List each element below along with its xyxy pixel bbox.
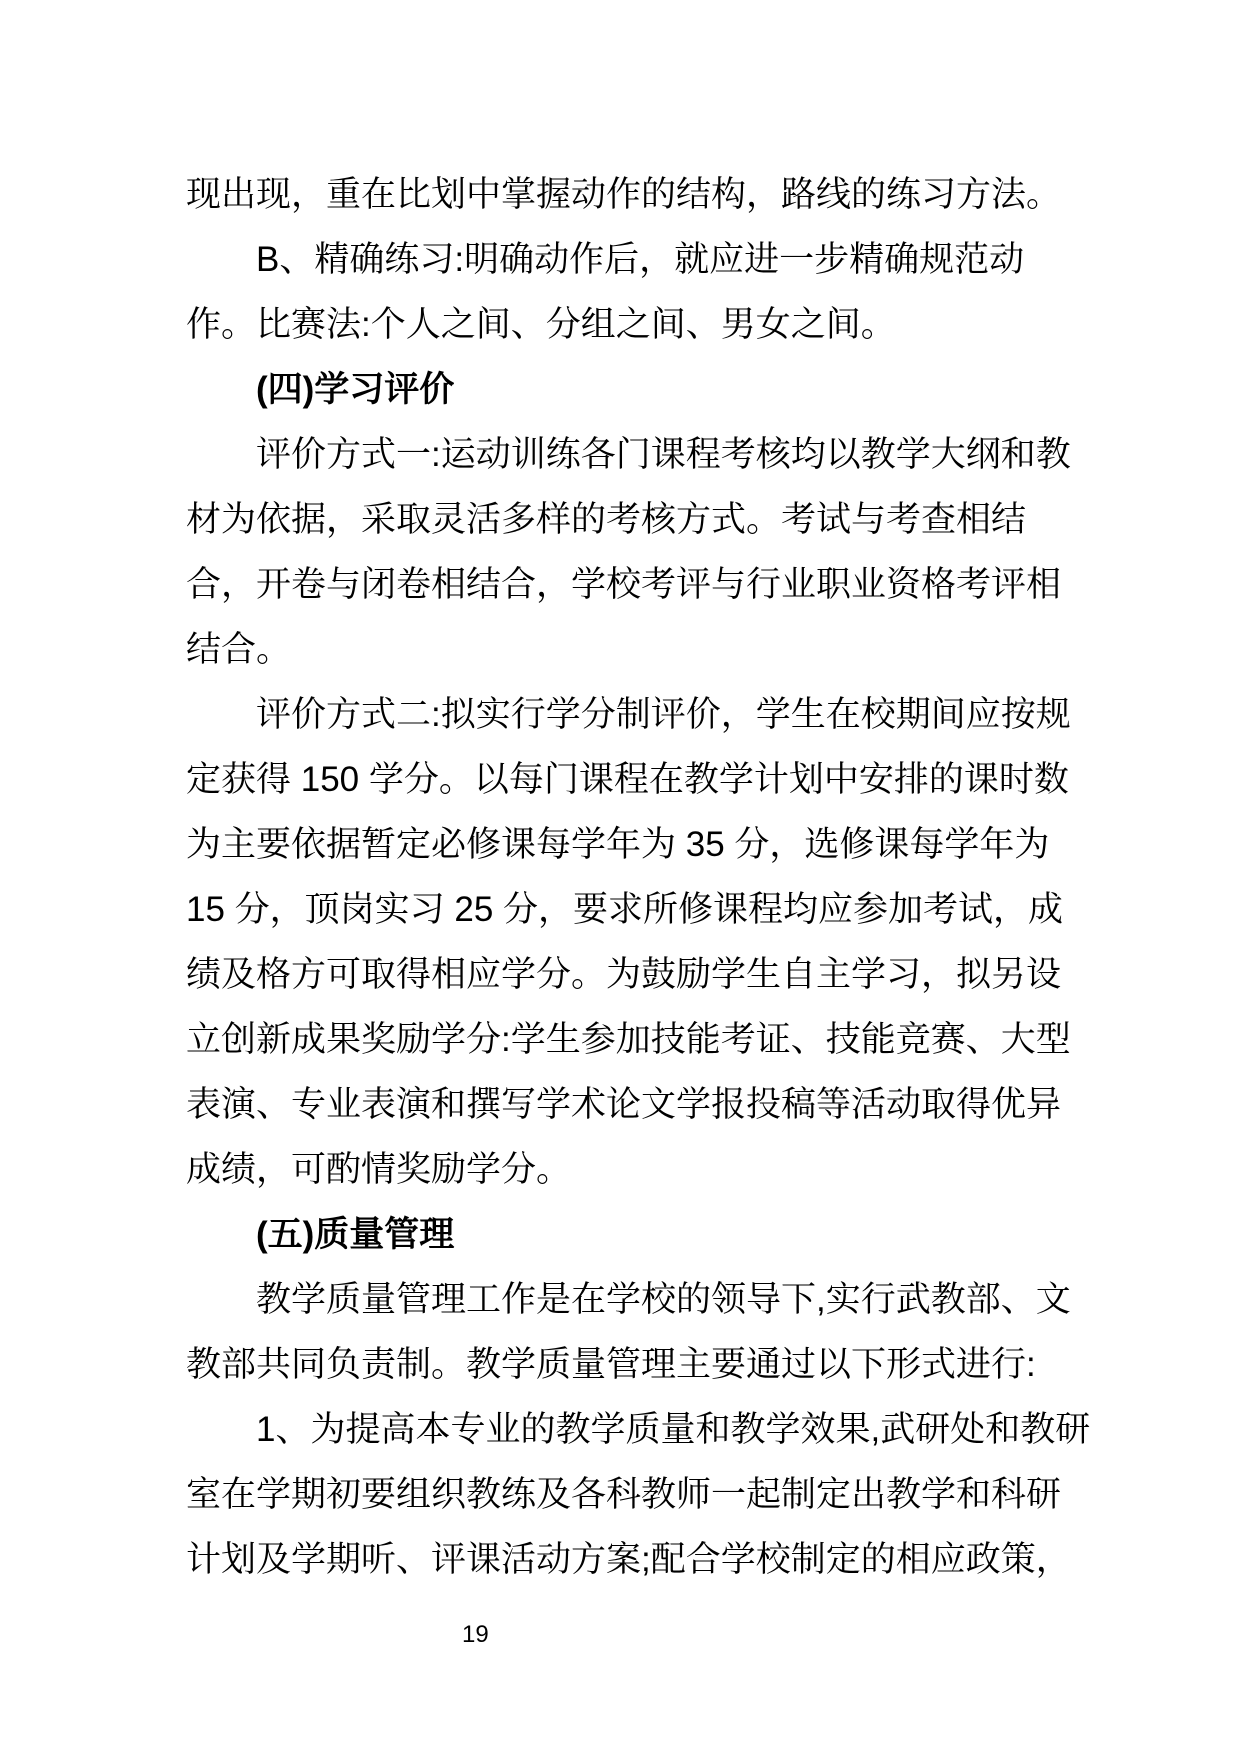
text-line: 评价方式一:运动训练各门课程考核均以教学大纲和教 — [186, 422, 1076, 487]
text-line: 现出现，重在比划中掌握动作的结构，路线的练习方法。 — [186, 162, 1076, 227]
section-heading: (四)学习评价 — [186, 357, 1076, 422]
text-line: 15 分，顶岗实习 25 分，要求所修课程均应参加考试，成 — [186, 877, 1076, 942]
text-line: 表演、专业表演和撰写学术论文学报投稿等活动取得优异 — [186, 1072, 1076, 1137]
section-heading: (五)质量管理 — [186, 1202, 1076, 1267]
text-line: B、精确练习:明确动作后，就应进一步精确规范动 — [186, 227, 1076, 292]
text-line: 合，开卷与闭卷相结合，学校考评与行业职业资格考评相 — [186, 552, 1076, 617]
document-page: 现出现，重在比划中掌握动作的结构，路线的练习方法。B、精确练习:明确动作后，就应… — [0, 0, 1240, 1754]
text-line: 计划及学期听、评课活动方案;配合学校制定的相应政策， — [186, 1527, 1076, 1592]
text-block: 现出现，重在比划中掌握动作的结构，路线的练习方法。B、精确练习:明确动作后，就应… — [186, 162, 1076, 1592]
text-line: 为主要依据暂定必修课每学年为 35 分，选修课每学年为 — [186, 812, 1076, 877]
text-line: 定获得 150 学分。以每门课程在教学计划中安排的课时数 — [186, 747, 1076, 812]
text-line: 成绩，可酌情奖励学分。 — [186, 1137, 1076, 1202]
text-line: 室在学期初要组织教练及各科教师一起制定出教学和科研 — [186, 1462, 1076, 1527]
text-line: 教部共同负责制。教学质量管理主要通过以下形式进行: — [186, 1332, 1076, 1397]
text-line: 教学质量管理工作是在学校的领导下,实行武教部、文 — [186, 1267, 1076, 1332]
text-line: 材为依据，采取灵活多样的考核方式。考试与考查相结 — [186, 487, 1076, 552]
text-line: 1、为提高本专业的教学质量和教学效果,武研处和教研 — [186, 1397, 1076, 1462]
text-line: 立创新成果奖励学分:学生参加技能考证、技能竞赛、大型 — [186, 1007, 1076, 1072]
text-line: 作。比赛法:个人之间、分组之间、男女之间。 — [186, 292, 1076, 357]
page-number: 19 — [462, 1620, 489, 1650]
text-line: 绩及格方可取得相应学分。为鼓励学生自主学习，拟另设 — [186, 942, 1076, 1007]
text-line: 评价方式二:拟实行学分制评价，学生在校期间应按规 — [186, 682, 1076, 747]
text-line: 结合。 — [186, 617, 1076, 682]
